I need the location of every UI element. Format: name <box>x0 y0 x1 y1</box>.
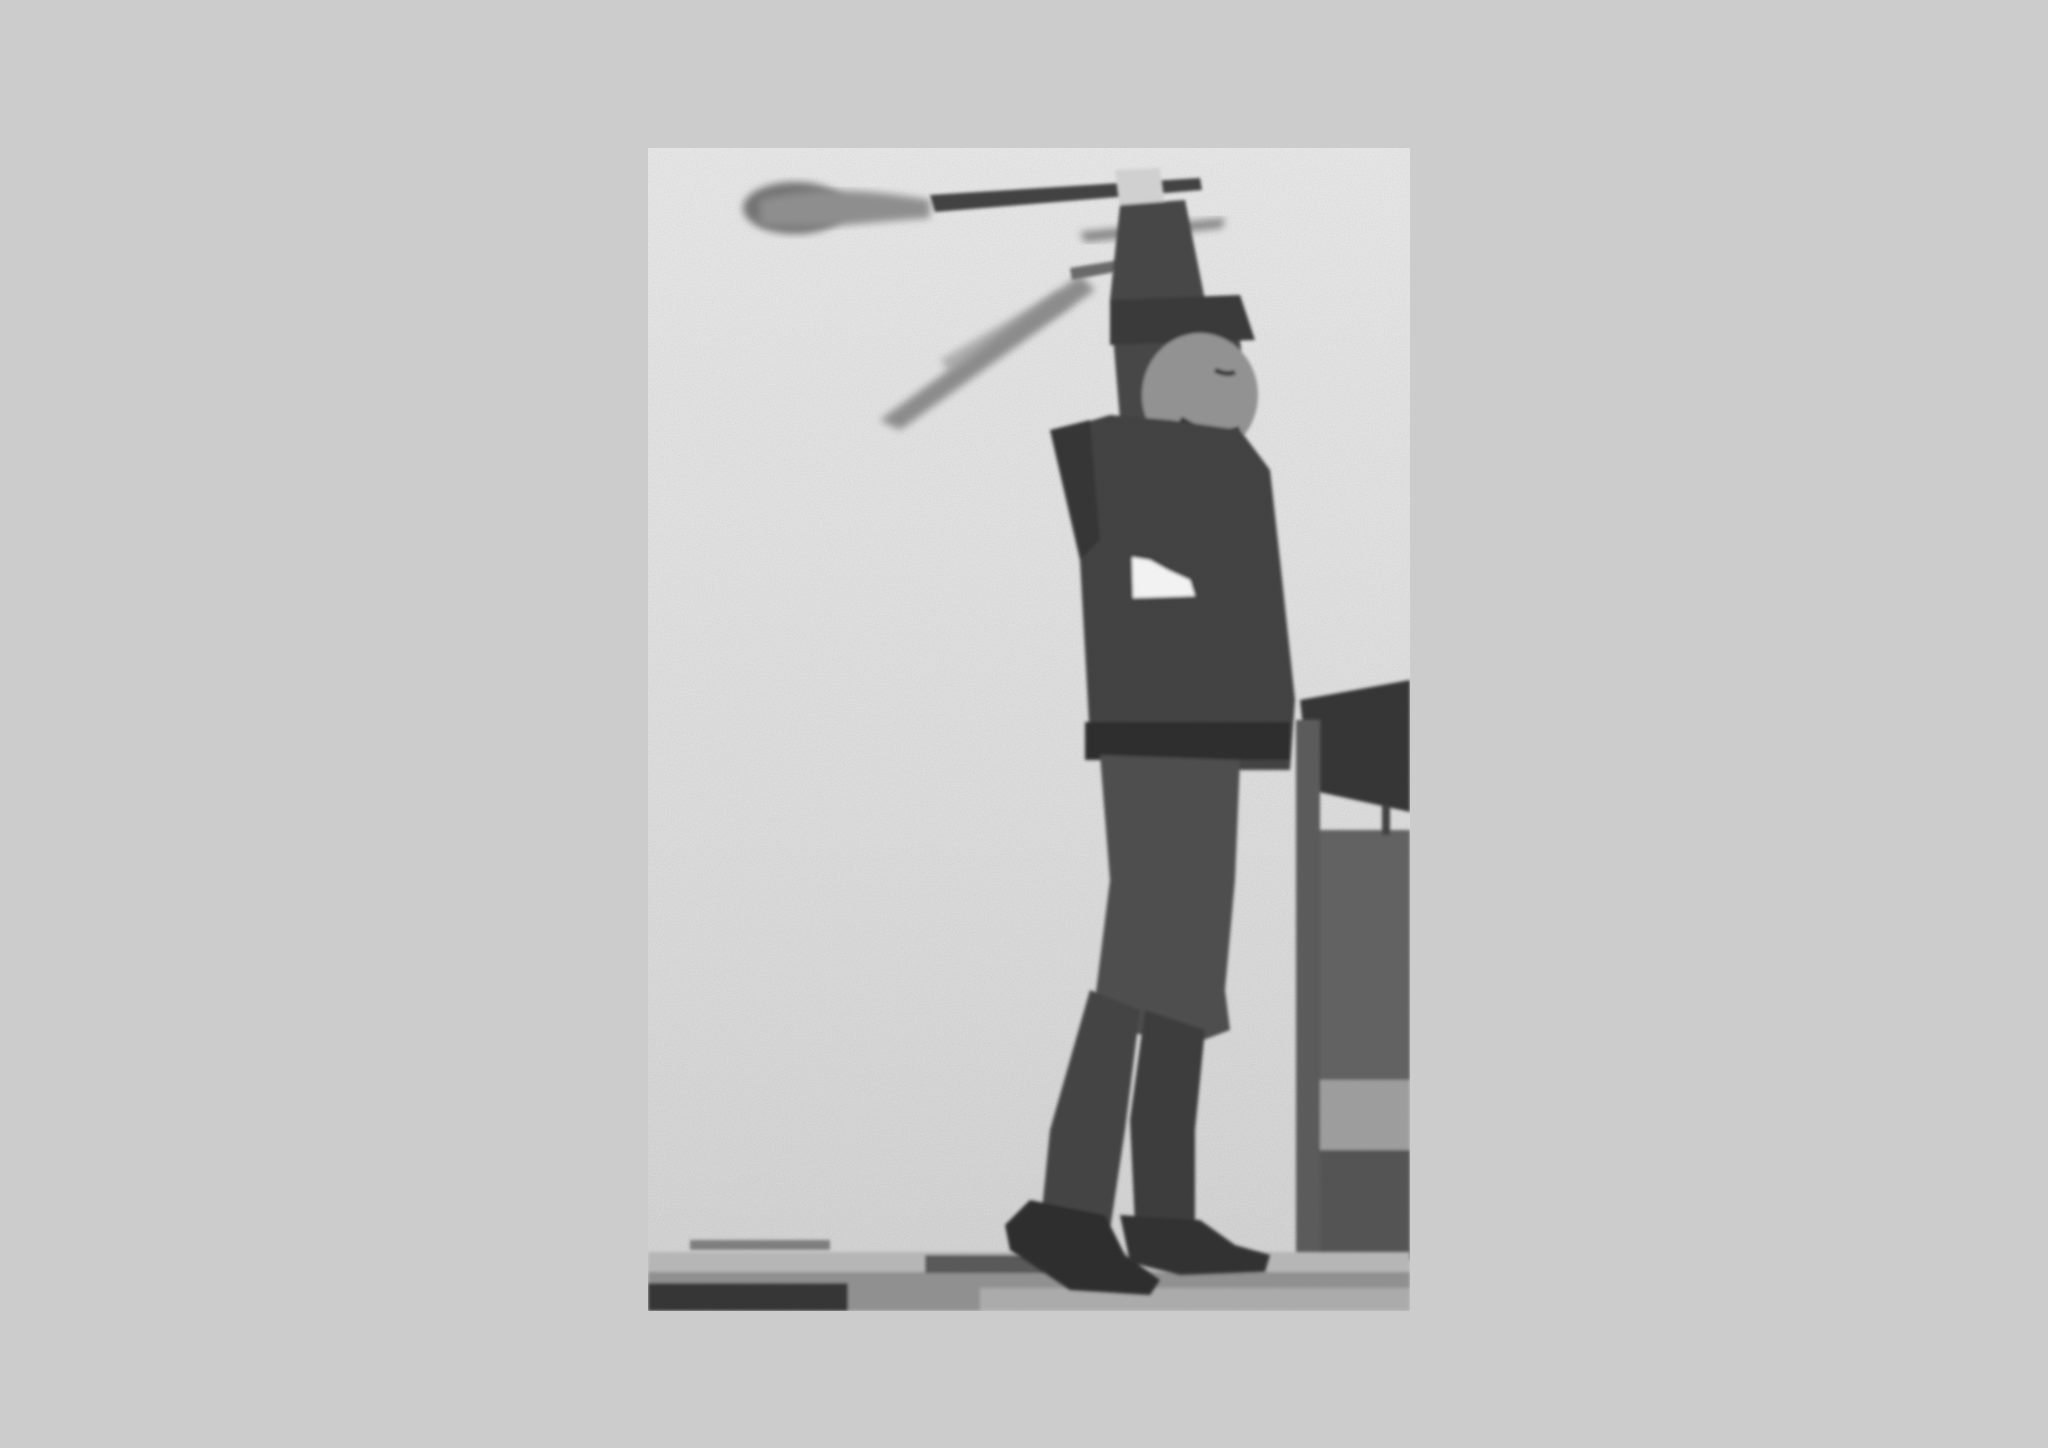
photograph: Black-and-white vintage photograph of a … <box>648 148 1410 1311</box>
photo-illustration <box>648 148 1410 1311</box>
